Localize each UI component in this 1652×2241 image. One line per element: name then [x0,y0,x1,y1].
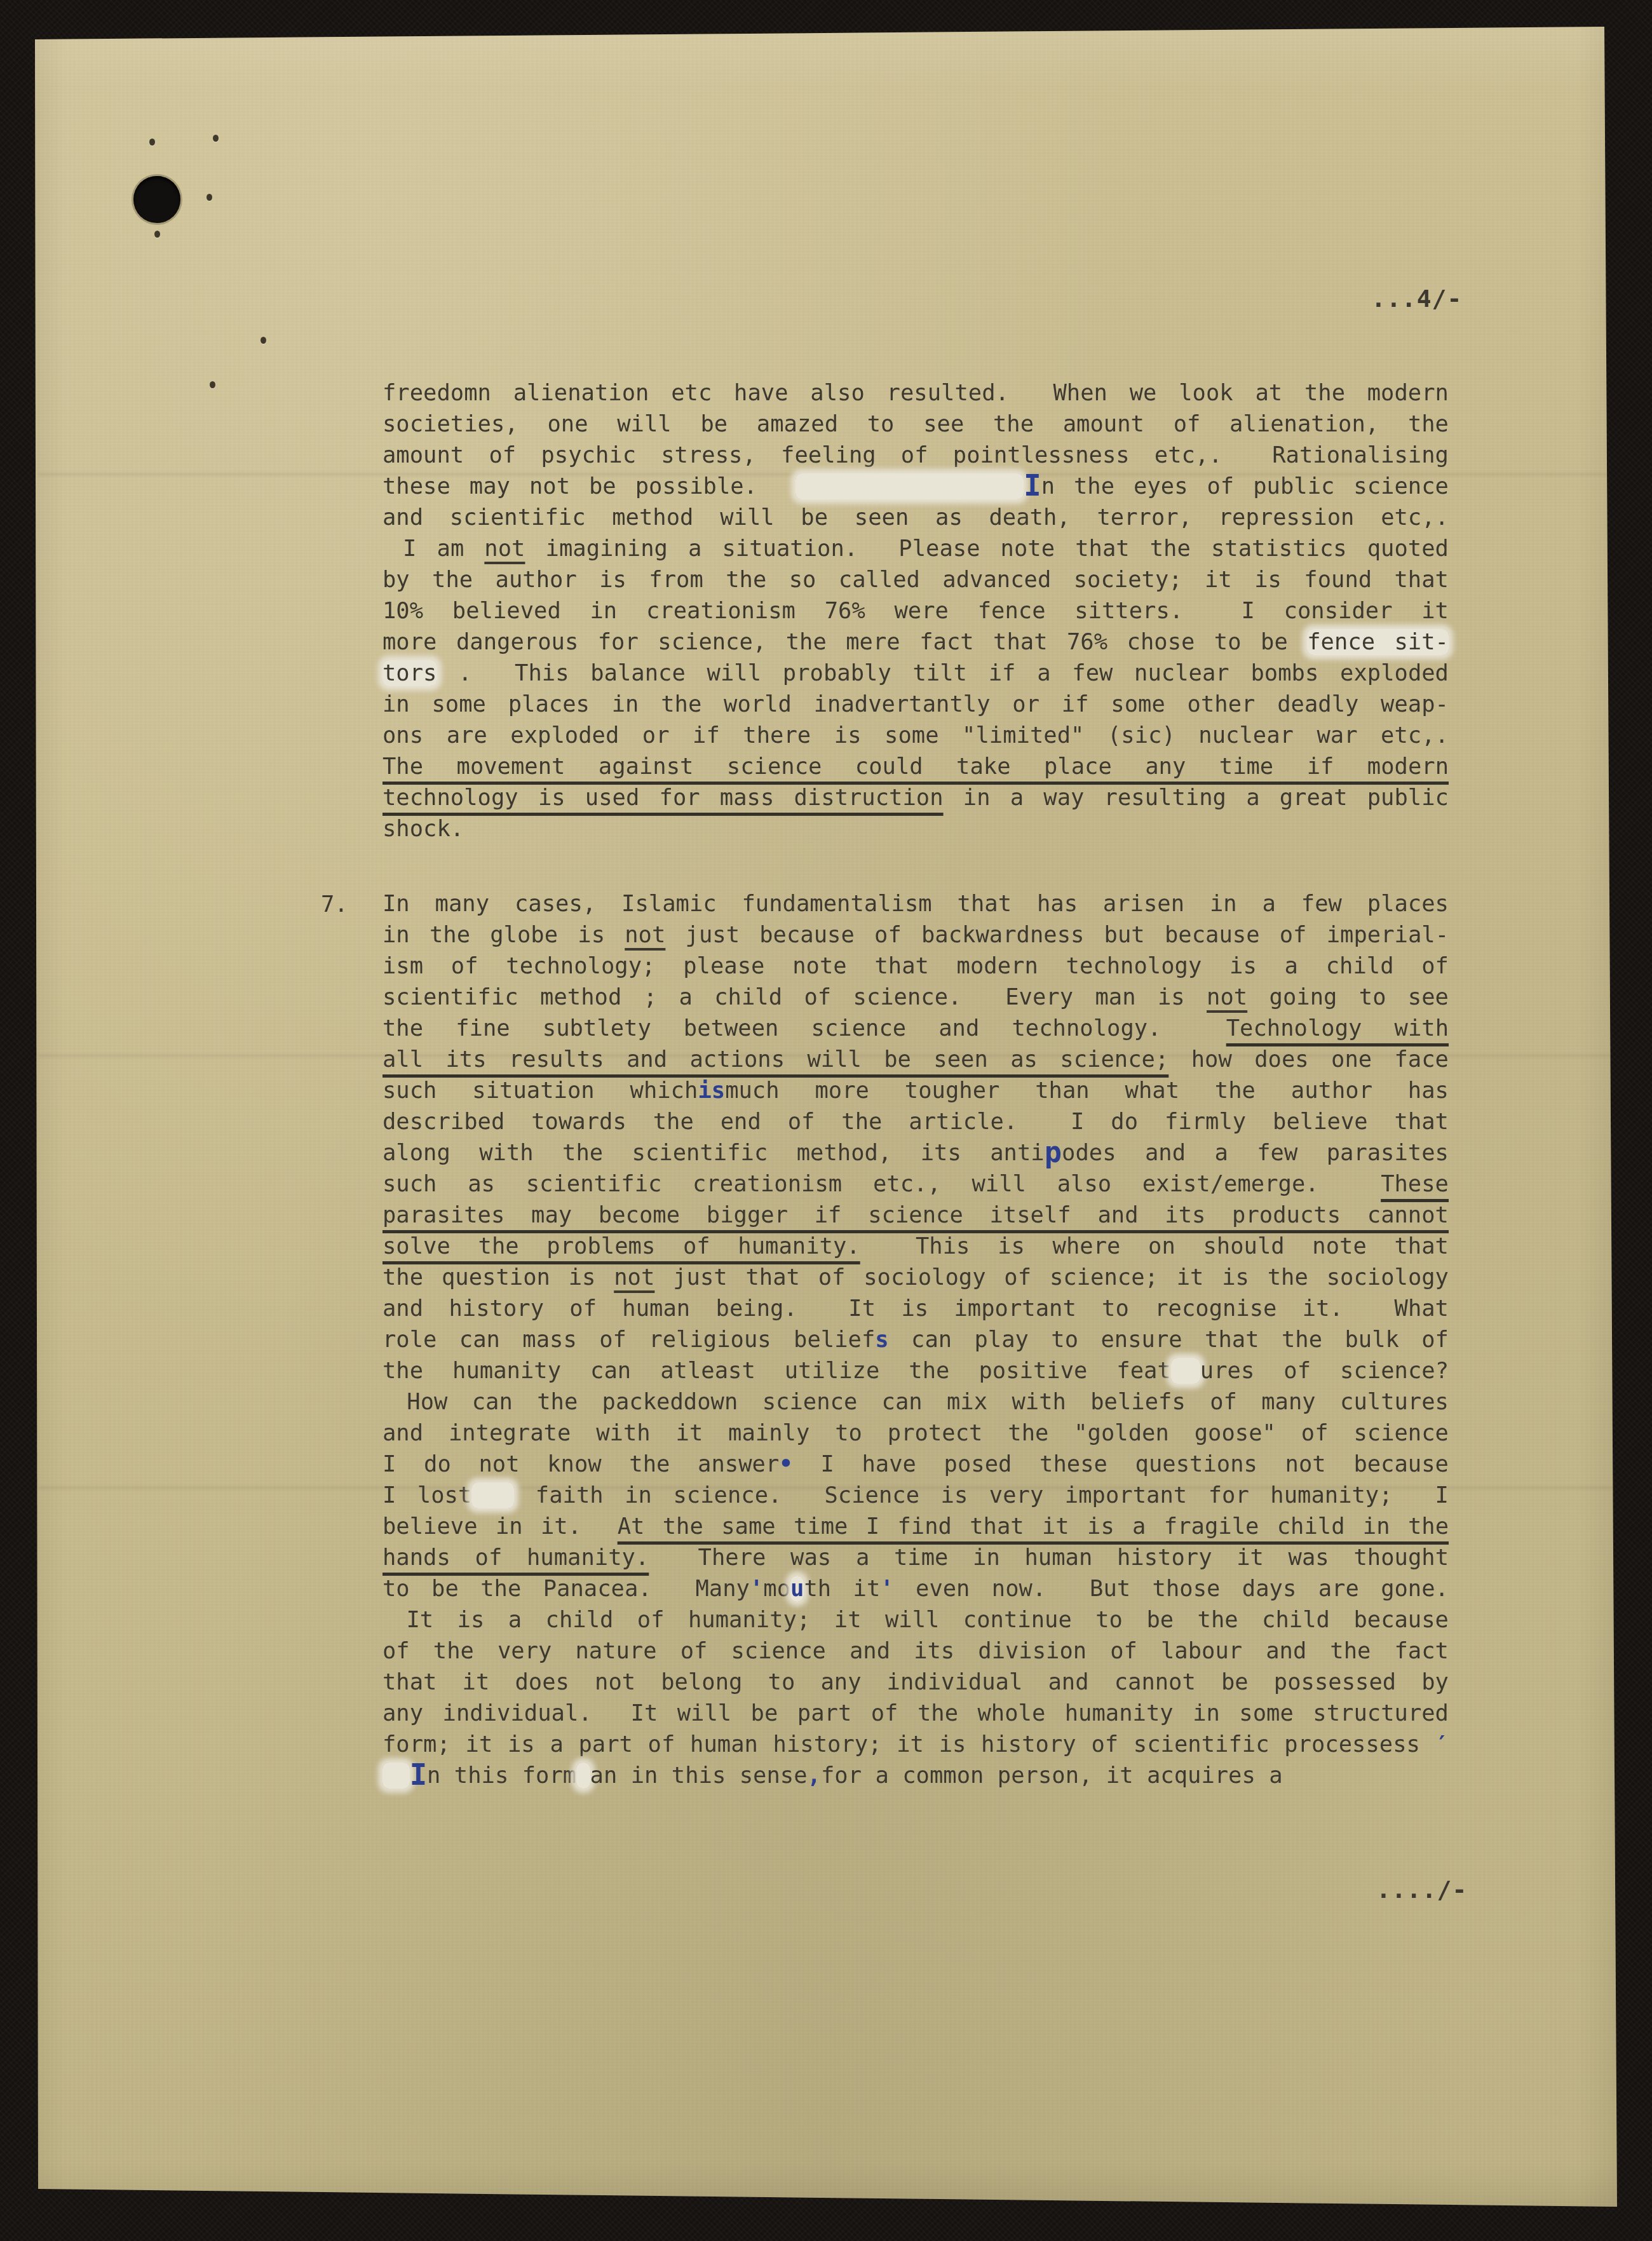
text-segment: n the eyes of public science [1041,473,1449,499]
pin-hole [154,231,160,238]
text-segment: described towards the end of the article… [383,1109,1449,1135]
text-segment: amount of psychic stress, feeling of poi… [383,442,1449,468]
text-line: described towards the end of the article… [383,1106,1449,1137]
text-segment: hands of humanity. [383,1545,649,1571]
text-segment: fence sit- [1307,629,1449,655]
text-segment: I do not know the answer [383,1451,779,1477]
text-line: and scientific method will be seen as de… [383,502,1449,533]
text-segment: not [484,536,525,562]
text-segment: ism of technology; please note that mode… [383,953,1449,979]
text-segment: of the very nature of science and its di… [383,1638,1449,1664]
text-line: by the author is from the so called adva… [383,564,1449,595]
text-line: solve the problems of humanity. This is … [383,1231,1449,1262]
text-line: along with the scientific method, its an… [383,1137,1449,1168]
handwritten-ink-mark: , [808,1763,821,1789]
text-segment: an in this sense [590,1763,808,1789]
handwritten-ink-mark: • [779,1451,792,1477]
text-line: these may not be possible. In the eyes o… [383,471,1449,502]
text-segment: role can mass of religious belief [383,1327,875,1353]
text-segment: going to see [1247,984,1449,1010]
text-segment: by the author is from the so called adva… [383,567,1449,593]
text-line: I do not know the answer• I have posed t… [383,1449,1449,1480]
text-segment: not [1207,984,1247,1010]
text-segment: all its results and actions will be seen… [383,1046,1168,1073]
handwritten-ink-mark: p [1045,1135,1062,1169]
text-line: any individual. It will be part of the w… [383,1698,1449,1729]
text-line: believe in it. At the same time I find t… [383,1511,1449,1542]
text-segment: for a common person, it acquires a [821,1763,1283,1789]
text-segment: I lost [383,1482,471,1508]
text-line: tors . This balance will probably tilt i… [383,658,1449,689]
text-segment: these may not be possible. [383,473,796,499]
text-segment: in a way resulting a great public [944,785,1449,811]
text-line: It is a child of humanity; it will conti… [383,1604,1449,1635]
text-segment: along with the scientific method, its an… [383,1140,1045,1166]
text-segment: can play to ensure that the bulk of [889,1327,1449,1353]
text-line: In this form an in this sense,for a comm… [383,1760,1449,1791]
text-segment: even now. But those days are gone. [894,1576,1449,1602]
text-segment: In many cases, Islamic fundamentalism th… [383,891,1449,917]
whiteout-patch [383,1763,410,1789]
text-line: I am not imagining a situation. Please n… [383,533,1449,564]
text-line: that it does not belong to any individua… [383,1667,1449,1698]
text-line: and integrate with it mainly to protect … [383,1418,1449,1449]
whiteout-patch [576,1763,590,1789]
text-line: the question is not just that of sociolo… [383,1262,1449,1293]
paper-sheet: ...4/- freedomn alienation etc have also… [0,0,1652,2241]
handwritten-ink-mark: ′ [1435,1731,1449,1757]
text-segment: n this form [427,1763,576,1789]
handwritten-ink-mark: u [790,1576,804,1602]
text-segment: just that of sociology of science; it is… [654,1264,1449,1290]
text-line: How can the packeddown science can mix w… [383,1386,1449,1418]
pin-hole [210,381,215,388]
paragraph-number: 7. [321,889,348,920]
text-segment: parasites may become bigger if science i… [383,1202,1449,1228]
text-line: shock. [383,813,1449,844]
paragraph: freedomn alienation etc have also result… [383,377,1449,844]
pin-hole [261,337,266,344]
text-line: the humanity can atleast utilize the pos… [383,1355,1449,1386]
text-segment: th it [804,1576,880,1602]
text-segment: There was a time in human history it was… [649,1545,1449,1571]
pin-hole [149,139,155,146]
text-segment: much more tougher than what the author h… [725,1078,1449,1104]
text-segment: and scientific method will be seen as de… [383,504,1449,531]
text-segment: form; it is a part of human history; it … [383,1731,1435,1757]
text-segment: freedomn alienation etc have also result… [383,380,1449,406]
text-line: more dangerous for science, the mere fac… [383,626,1449,658]
text-segment: 10% believed in creationism 76% were fen… [383,598,1449,624]
text-segment: It is a child of humanity; it will conti… [383,1607,1449,1633]
text-segment: how does one face [1168,1046,1449,1073]
text-segment: not [625,922,665,948]
whiteout-patch [1171,1358,1200,1384]
whiteout-patch [796,473,1024,499]
text-segment: not [614,1264,654,1290]
text-segment: faith in science. Science is very import… [514,1482,1449,1508]
text-line: technology is used for mass distruction … [383,782,1449,813]
pin-hole [213,135,219,142]
punch-hole [133,176,180,223]
text-segment: the humanity can atleast utilize the pos… [383,1358,1171,1384]
handwritten-ink-mark: is [698,1078,725,1104]
text-line: The movement against science could take … [383,751,1449,782]
text-line: hands of humanity. There was a time in h… [383,1542,1449,1573]
text-segment: such as scientific creationism etc., wil… [383,1171,1381,1197]
text-line: scientific method ; a child of science. … [383,982,1449,1013]
text-segment: just because of backwardness but because… [665,922,1449,948]
text-segment: mo [763,1576,790,1602]
handwritten-ink-mark: I [410,1758,427,1792]
text-segment: I have posed these questions not because [793,1451,1449,1477]
text-line: freedomn alienation etc have also result… [383,377,1449,409]
text-segment: in some places in the world inadvertantl… [383,691,1449,717]
text-line: of the very nature of science and its di… [383,1635,1449,1667]
text-segment: shock. [383,816,464,842]
text-segment: and integrate with it mainly to protect … [383,1420,1449,1446]
text-segment: the question is [383,1264,614,1290]
handwritten-ink-mark: I [1024,469,1041,503]
text-segment: How can the packeddown science can mix w… [383,1389,1449,1415]
text-line: the fine subtlety between science and te… [383,1013,1449,1044]
continuation-marker: ..../- [1376,1876,1467,1904]
text-line: such as scientific creationism etc., wil… [383,1168,1449,1200]
handwritten-ink-mark: ' [880,1576,893,1602]
text-line: ism of technology; please note that mode… [383,951,1449,982]
text-segment: technology is used for mass distruction [383,785,944,811]
text-line: in some places in the world inadvertantl… [383,689,1449,720]
text-line: parasites may become bigger if science i… [383,1200,1449,1231]
text-segment: ures of science? [1200,1358,1449,1384]
text-segment: and history of human being. It is import… [383,1296,1449,1322]
text-line: In many cases, Islamic fundamentalism th… [383,888,1449,919]
text-segment: any individual. It will be part of the w… [383,1700,1449,1726]
text-segment: to be the Panacea. Many [383,1576,750,1602]
handwritten-ink-mark: s [875,1327,888,1353]
text-line: I lost faith in science. Science is very… [383,1480,1449,1511]
text-segment: Technology with [1226,1015,1449,1041]
text-segment: . This balance will probably tilt if a f… [437,660,1449,686]
paragraph: 7.In many cases, Islamic fundamentalism … [383,888,1449,1791]
text-segment: such situation which [383,1078,698,1104]
text-line: amount of psychic stress, feeling of poi… [383,440,1449,471]
text-line: ons are exploded or if there is some "li… [383,720,1449,751]
text-segment: societies, one will be amazed to see the… [383,411,1449,437]
text-line: to be the Panacea. Many'mouth it' even n… [383,1573,1449,1604]
text-segment: solve the problems of humanity. [383,1233,860,1259]
text-segment: These [1381,1171,1449,1197]
text-segment: in the globe is [383,922,625,948]
text-segment: odes and a few parasites [1062,1140,1449,1166]
text-line: and history of human being. It is import… [383,1293,1449,1324]
text-line: all its results and actions will be seen… [383,1044,1449,1075]
text-line: societies, one will be amazed to see the… [383,409,1449,440]
text-segment: This is where on should note that [860,1233,1449,1259]
text-segment: The movement against science could take … [383,754,1449,780]
text-segment: more dangerous for science, the mere fac… [383,629,1307,655]
handwritten-ink-mark: ' [750,1576,763,1602]
text-line: form; it is a part of human history; it … [383,1729,1449,1760]
text-segment: imagining a situation. Please note that … [525,536,1449,562]
page-number: ...4/- [1371,285,1462,313]
text-segment: At the same time I find that it is a fra… [618,1513,1449,1540]
text-segment: scientific method ; a child of science. … [383,984,1207,1010]
text-line: 10% believed in creationism 76% were fen… [383,595,1449,626]
text-line: in the globe is not just because of back… [383,919,1449,951]
text-segment: tors [383,660,437,686]
pin-hole [207,194,212,201]
whiteout-patch [471,1482,514,1508]
text-segment: that it does not belong to any individua… [383,1669,1449,1695]
text-segment: believe in it. [383,1513,618,1540]
text-segment: the fine subtlety between science and te… [383,1015,1226,1041]
text-line: such situation whichismuch more tougher … [383,1075,1449,1106]
text-segment: ons are exploded or if there is some "li… [383,722,1449,748]
text-line: role can mass of religious beliefs can p… [383,1324,1449,1355]
scanned-document-photo: { "page": { "colors": { "bg": "#151210",… [0,0,1652,2241]
text-segment: I am [383,536,484,562]
